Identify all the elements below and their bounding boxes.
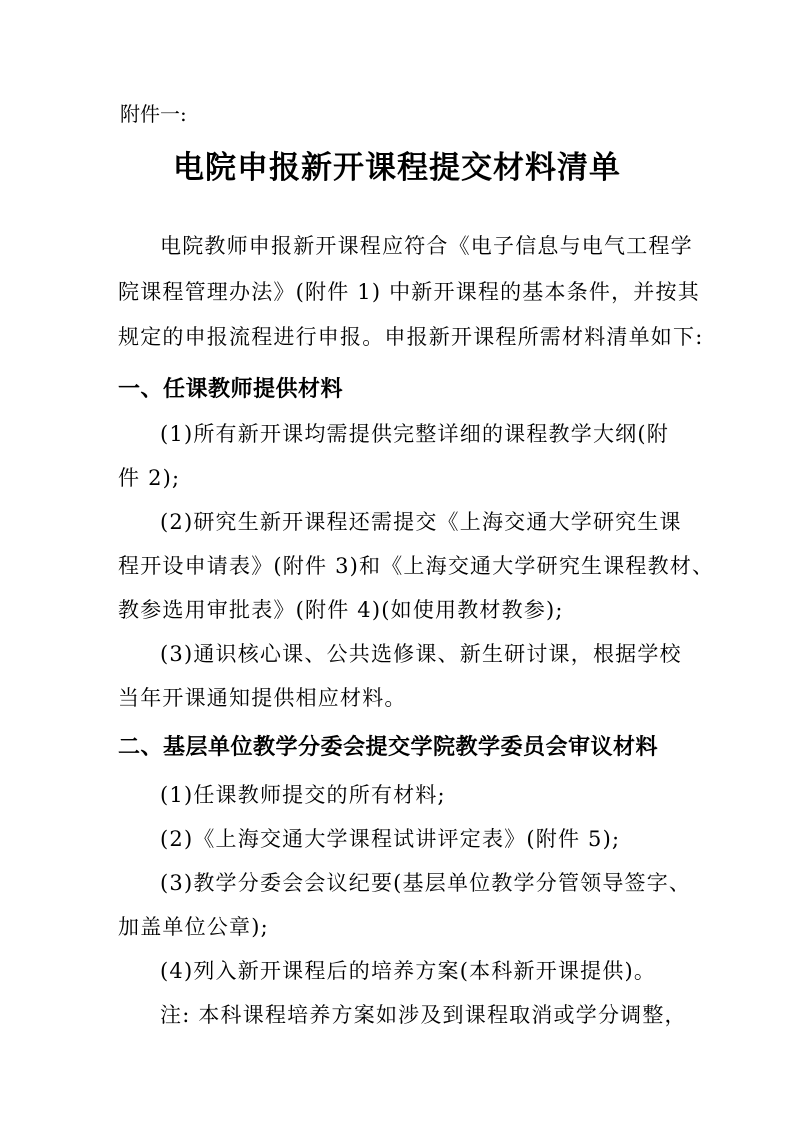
intro-line-1: 电院教师申报新开课程应符合《电子信息与电气工程学 [160, 232, 693, 260]
section2-line: 加盖单位公章); [118, 913, 269, 941]
intro-line-3: 规定的申报流程进行申报。申报新开课程所需材料清单如下: [118, 323, 703, 351]
section1-line: (1)所有新开课均需提供完整详细的课程教学大纲(附 [160, 420, 669, 448]
section1-line: (3)通识核心课、公共选修课、新生研讨课，根据学校 [160, 640, 682, 668]
section1-line: 程开设申请表》(附件 3)和《上海交通大学研究生课程教材、 [118, 552, 714, 580]
section1-line: 教参选用审批表》(附件 4)(如使用教材教参); [118, 596, 564, 624]
section2-line: (2)《上海交通大学课程试讲评定表》(附件 5); [160, 825, 620, 853]
section-heading-1: 一、任课教师提供材料 [118, 376, 343, 404]
section2-line: (3)教学分委会会议纪要(基层单位教学分管领导签字、 [160, 869, 691, 897]
page-title: 电院申报新开课程提交材料清单 [0, 142, 794, 187]
section1-line: 件 2); [118, 464, 180, 492]
section1-line: 当年开课通知提供相应材料。 [118, 684, 407, 712]
section1-line: (2)研究生新开课程还需提交《上海交通大学研究生课 [160, 508, 682, 536]
intro-line-2: 院课程管理办法》(附件 1) 中新开课程的基本条件，并按其 [118, 278, 700, 306]
section2-line: (1)任课教师提交的所有材料; [160, 781, 446, 809]
attachment-label: 附件一: [120, 98, 187, 127]
section2-line: (4)列入新开课程后的培养方案(本科新开课提供)。 [160, 957, 656, 985]
section-heading-2: 二、基层单位教学分委会提交学院教学委员会审议材料 [118, 734, 658, 762]
section2-note: 注: 本科课程培养方案如涉及到课程取消或学分调整， [160, 1001, 687, 1029]
